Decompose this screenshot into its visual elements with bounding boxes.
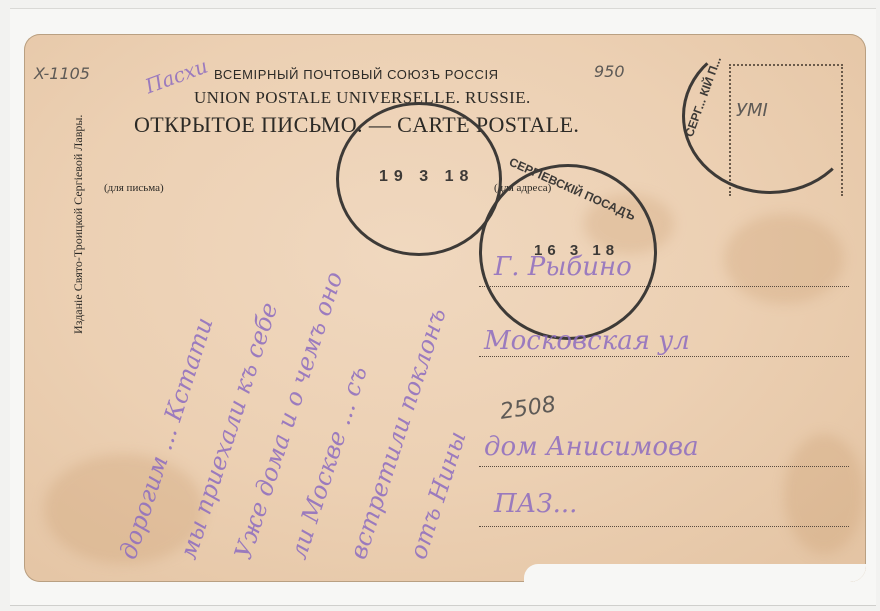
address-line xyxy=(479,356,849,357)
header-french: UNION POSTALE UNIVERSELLE. RUSSIE. xyxy=(194,88,531,108)
price-note: 950 xyxy=(594,62,625,81)
address-line xyxy=(479,526,849,527)
address-line-3: дом Анисимова xyxy=(484,432,699,462)
publisher-imprint: Изданіе Свято-Троицкой Сергіевой Лавры. xyxy=(71,115,86,334)
message-line-6: отъ Нины xyxy=(404,428,472,563)
catalog-number: X-1105 xyxy=(34,64,90,83)
center-postmark-date: 19 3 18 xyxy=(379,168,474,186)
pencil-number: 2508 xyxy=(499,392,558,425)
header-russian: ВСЕМІРНЫЙ ПОЧТОВЫЙ СОЮЗЪ РОССІЯ xyxy=(214,67,499,82)
postcard: ВСЕМІРНЫЙ ПОЧТОВЫЙ СОЮЗЪ РОССІЯ UNION PO… xyxy=(24,34,866,582)
address-line xyxy=(479,466,849,467)
address-line-1: Г. Рыбино xyxy=(494,252,632,282)
address-line-4: ПАЗ... xyxy=(494,489,577,519)
stamp-box-note: УМІ xyxy=(736,100,768,121)
torn-edge xyxy=(524,564,866,582)
address-line-2: Московская ул xyxy=(484,326,690,356)
message-side-label: (для письма) xyxy=(104,182,164,194)
